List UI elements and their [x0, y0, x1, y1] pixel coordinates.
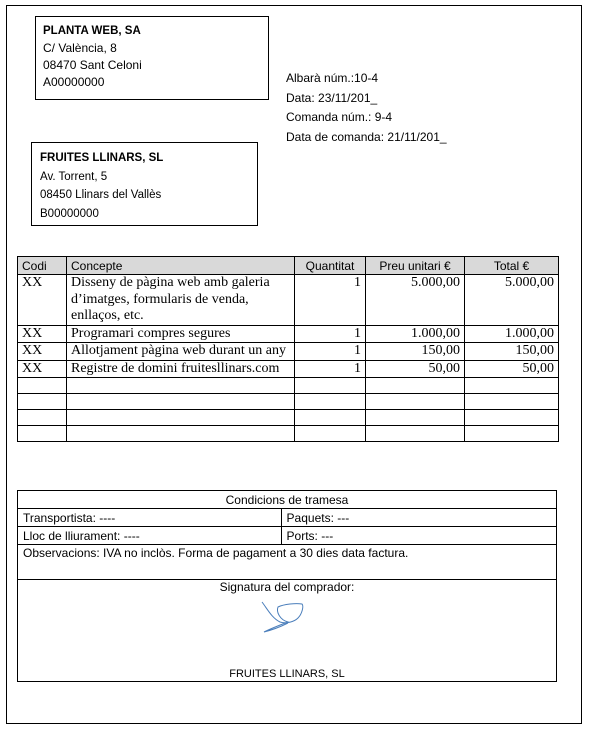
header-code: Codi	[18, 257, 67, 275]
header-total: Total €	[465, 257, 559, 275]
empty-cell	[295, 378, 366, 394]
item-concept: Programari compres segures	[67, 325, 295, 343]
empty-cell	[18, 426, 67, 442]
signature-company: FRUITES LLINARS, SL	[18, 668, 556, 680]
empty-cell	[18, 378, 67, 394]
delivery-place: Lloc de lliurament: ----	[18, 527, 282, 545]
empty-cell	[67, 426, 295, 442]
item-concept: Registre de domini fruitesllinars.com	[67, 360, 295, 378]
items-header-row: Codi Concepte Quantitat Preu unitari € T…	[18, 257, 559, 275]
item-concept: Allotjament pàgina web durant un any	[67, 343, 295, 361]
item-quantity: 1	[295, 343, 366, 361]
sender-address: C/ València, 8	[43, 40, 268, 57]
item-quantity: 1	[295, 325, 366, 343]
order-date: Data de comanda: 21/11/201_	[286, 128, 447, 148]
empty-cell	[465, 426, 559, 442]
item-concept: Disseny de pàgina web amb galeria d’imat…	[67, 275, 295, 326]
empty-cell	[295, 410, 366, 426]
item-code: XX	[18, 360, 67, 378]
order-number: Comanda núm.: 9-4	[286, 108, 447, 128]
empty-table-row	[18, 378, 559, 394]
carrier: Transportista: ----	[18, 509, 282, 527]
table-row: XXRegistre de domini fruitesllinars.com1…	[18, 360, 559, 378]
item-total: 50,00	[465, 360, 559, 378]
header-unit-price: Preu unitari €	[366, 257, 465, 275]
header-quantity: Quantitat	[295, 257, 366, 275]
delivery-date: Data: 23/11/201_	[286, 89, 447, 109]
packages: Paquets: ---	[281, 509, 556, 527]
signature-section: Signatura del comprador: FRUITES LLINARS…	[18, 580, 557, 682]
item-code: XX	[18, 343, 67, 361]
table-row: XXAllotjament pàgina web durant un any11…	[18, 343, 559, 361]
item-quantity: 1	[295, 275, 366, 326]
signature-scribble-icon	[260, 600, 308, 634]
recipient-city: 08450 Llinars del Vallès	[40, 186, 257, 205]
item-code: XX	[18, 275, 67, 326]
signature-label: Signatura del comprador:	[23, 580, 551, 594]
empty-cell	[67, 378, 295, 394]
recipient-address: Av. Torrent, 5	[40, 168, 257, 187]
header-concept: Concepte	[67, 257, 295, 275]
empty-cell	[18, 410, 67, 426]
empty-cell	[67, 394, 295, 410]
shipping-cost: Ports: ---	[281, 527, 556, 545]
recipient-name: FRUITES LLINARS, SL	[40, 149, 257, 168]
empty-cell	[465, 378, 559, 394]
sender-tax-id: A00000000	[43, 74, 268, 91]
empty-cell	[18, 394, 67, 410]
item-total: 150,00	[465, 343, 559, 361]
empty-cell	[465, 410, 559, 426]
empty-table-row	[18, 394, 559, 410]
item-total: 5.000,00	[465, 275, 559, 326]
item-code: XX	[18, 325, 67, 343]
shipping-conditions-table: Condicions de tramesa Transportista: ---…	[17, 490, 557, 682]
delivery-note-number: Albarà núm.:10-4	[286, 69, 447, 89]
empty-cell	[465, 394, 559, 410]
empty-table-row	[18, 410, 559, 426]
empty-cell	[295, 394, 366, 410]
item-unit-price: 50,00	[366, 360, 465, 378]
empty-table-row	[18, 426, 559, 442]
items-table: Codi Concepte Quantitat Preu unitari € T…	[17, 256, 559, 442]
empty-cell	[67, 410, 295, 426]
empty-cell	[366, 410, 465, 426]
document-info: Albarà núm.:10-4 Data: 23/11/201_ Comand…	[286, 69, 447, 147]
table-row: XXDisseny de pàgina web amb galeria d’im…	[18, 275, 559, 326]
item-quantity: 1	[295, 360, 366, 378]
sender-address-box: PLANTA WEB, SA C/ València, 8 08470 Sant…	[35, 16, 269, 100]
recipient-tax-id: B00000000	[40, 205, 257, 224]
observations: Observacions: IVA no inclòs. Forma de pa…	[18, 545, 557, 580]
shipping-conditions-title: Condicions de tramesa	[18, 491, 557, 509]
recipient-address-box: FRUITES LLINARS, SL Av. Torrent, 5 08450…	[31, 142, 258, 226]
item-total: 1.000,00	[465, 325, 559, 343]
sender-city: 08470 Sant Celoni	[43, 57, 268, 74]
item-unit-price: 5.000,00	[366, 275, 465, 326]
table-row: XXProgramari compres segures11.000,001.0…	[18, 325, 559, 343]
empty-cell	[366, 426, 465, 442]
empty-cell	[366, 394, 465, 410]
item-unit-price: 1.000,00	[366, 325, 465, 343]
item-unit-price: 150,00	[366, 343, 465, 361]
sender-name: PLANTA WEB, SA	[43, 23, 268, 40]
empty-cell	[295, 426, 366, 442]
empty-cell	[366, 378, 465, 394]
